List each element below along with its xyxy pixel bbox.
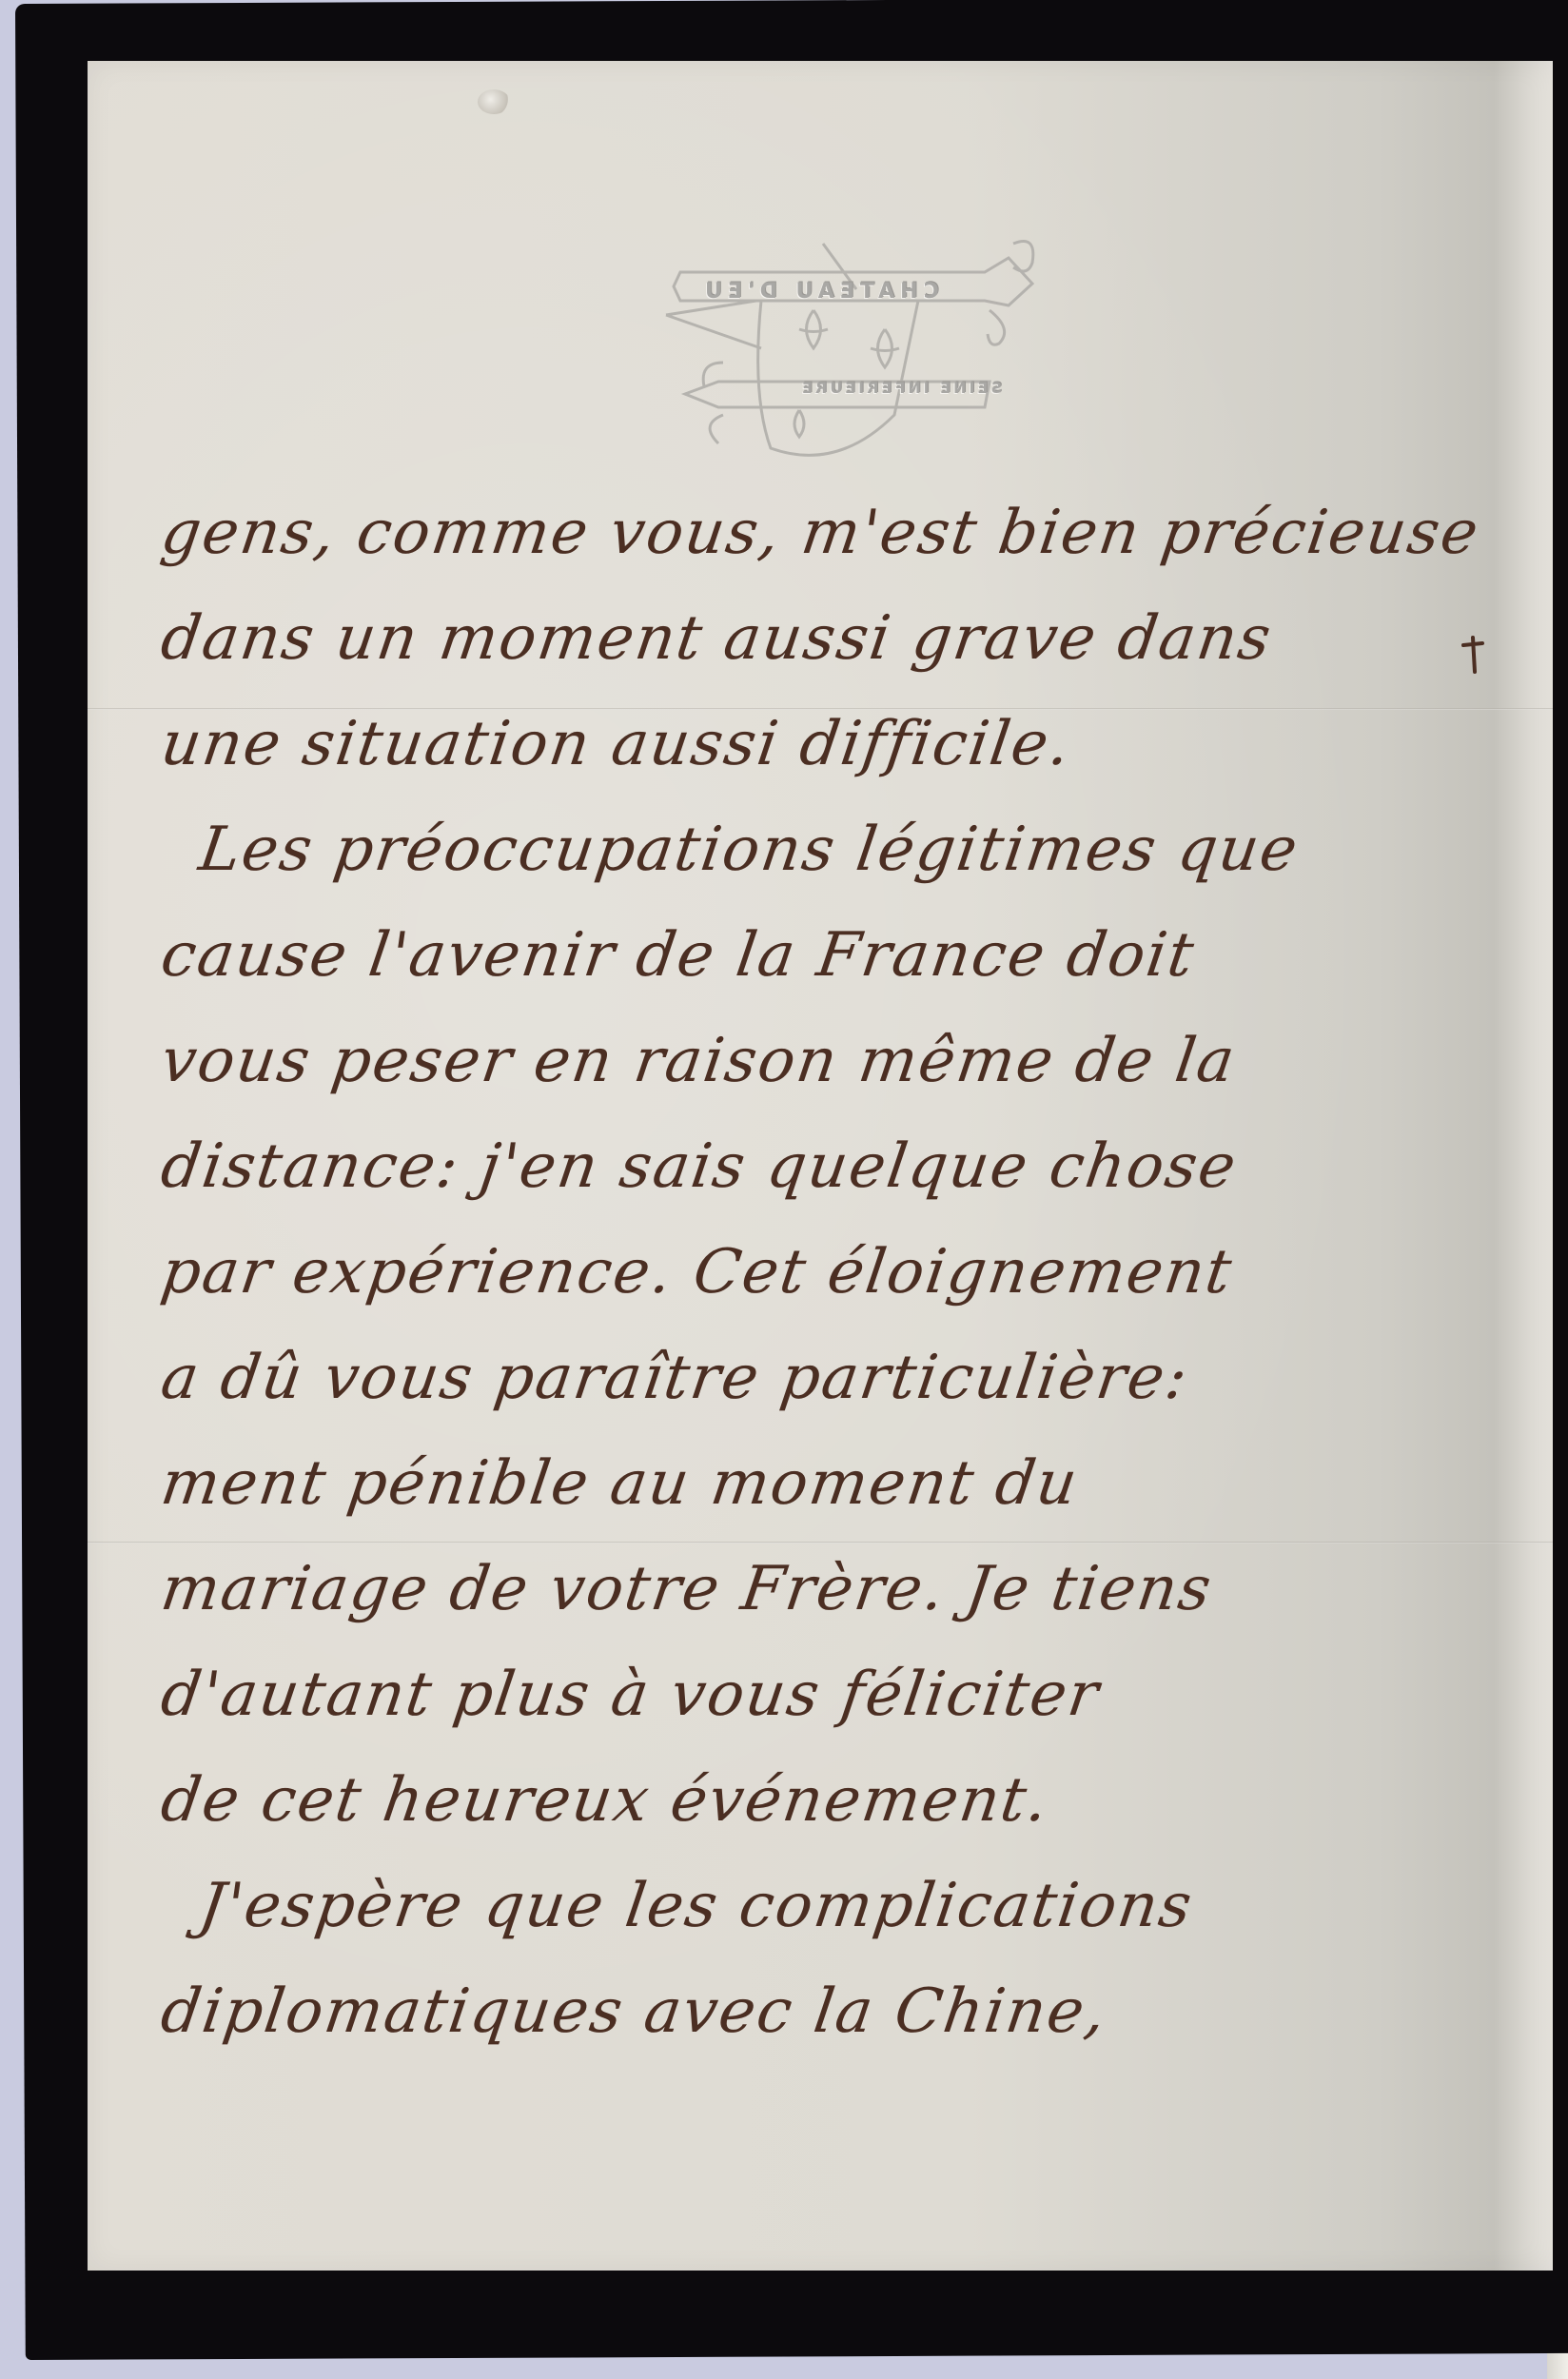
text-line: cause l'avenir de la France doit — [154, 903, 1539, 1009]
text-line: de cet heureux événement. — [154, 1748, 1539, 1854]
text-line: gens, comme vous, m'est bien précieuse — [154, 481, 1539, 586]
text-line: a dû vous paraître particulière: — [154, 1326, 1539, 1431]
text-line: ment pénible au moment du — [154, 1431, 1539, 1537]
text-line: dans un moment aussi grave dans — [154, 586, 1539, 692]
fleur-de-lis-shield-icon — [609, 206, 1066, 491]
text-line: vous peser en raison même de la — [154, 1009, 1539, 1114]
text-line: J'espère que les complications — [154, 1854, 1539, 1959]
text-line: d'autant plus à vous féliciter — [154, 1642, 1539, 1748]
emboss-subtitle: SEINE INFERIEURE — [799, 379, 1002, 397]
text-line: Les préoccupations légitimes que — [154, 797, 1539, 903]
ink-blot-icon — [1460, 636, 1486, 674]
text-line: distance: j'en sais quelque chose — [154, 1114, 1539, 1220]
letterhead-emboss: CHATEAU D'EU SEINE INFERIEURE — [609, 206, 1066, 491]
text-line: mariage de votre Frère. Je tiens — [154, 1537, 1539, 1642]
text-line: une situation aussi difficile. — [154, 692, 1539, 797]
emboss-title: CHATEAU D'EU — [699, 280, 939, 304]
paper-indentation — [478, 89, 510, 114]
text-line: par expérience. Cet éloignement — [154, 1220, 1539, 1326]
handwritten-text: gens, comme vous, m'est bien précieuse d… — [162, 481, 1532, 2065]
text-line: diplomatiques avec la Chine, — [154, 1959, 1539, 2065]
